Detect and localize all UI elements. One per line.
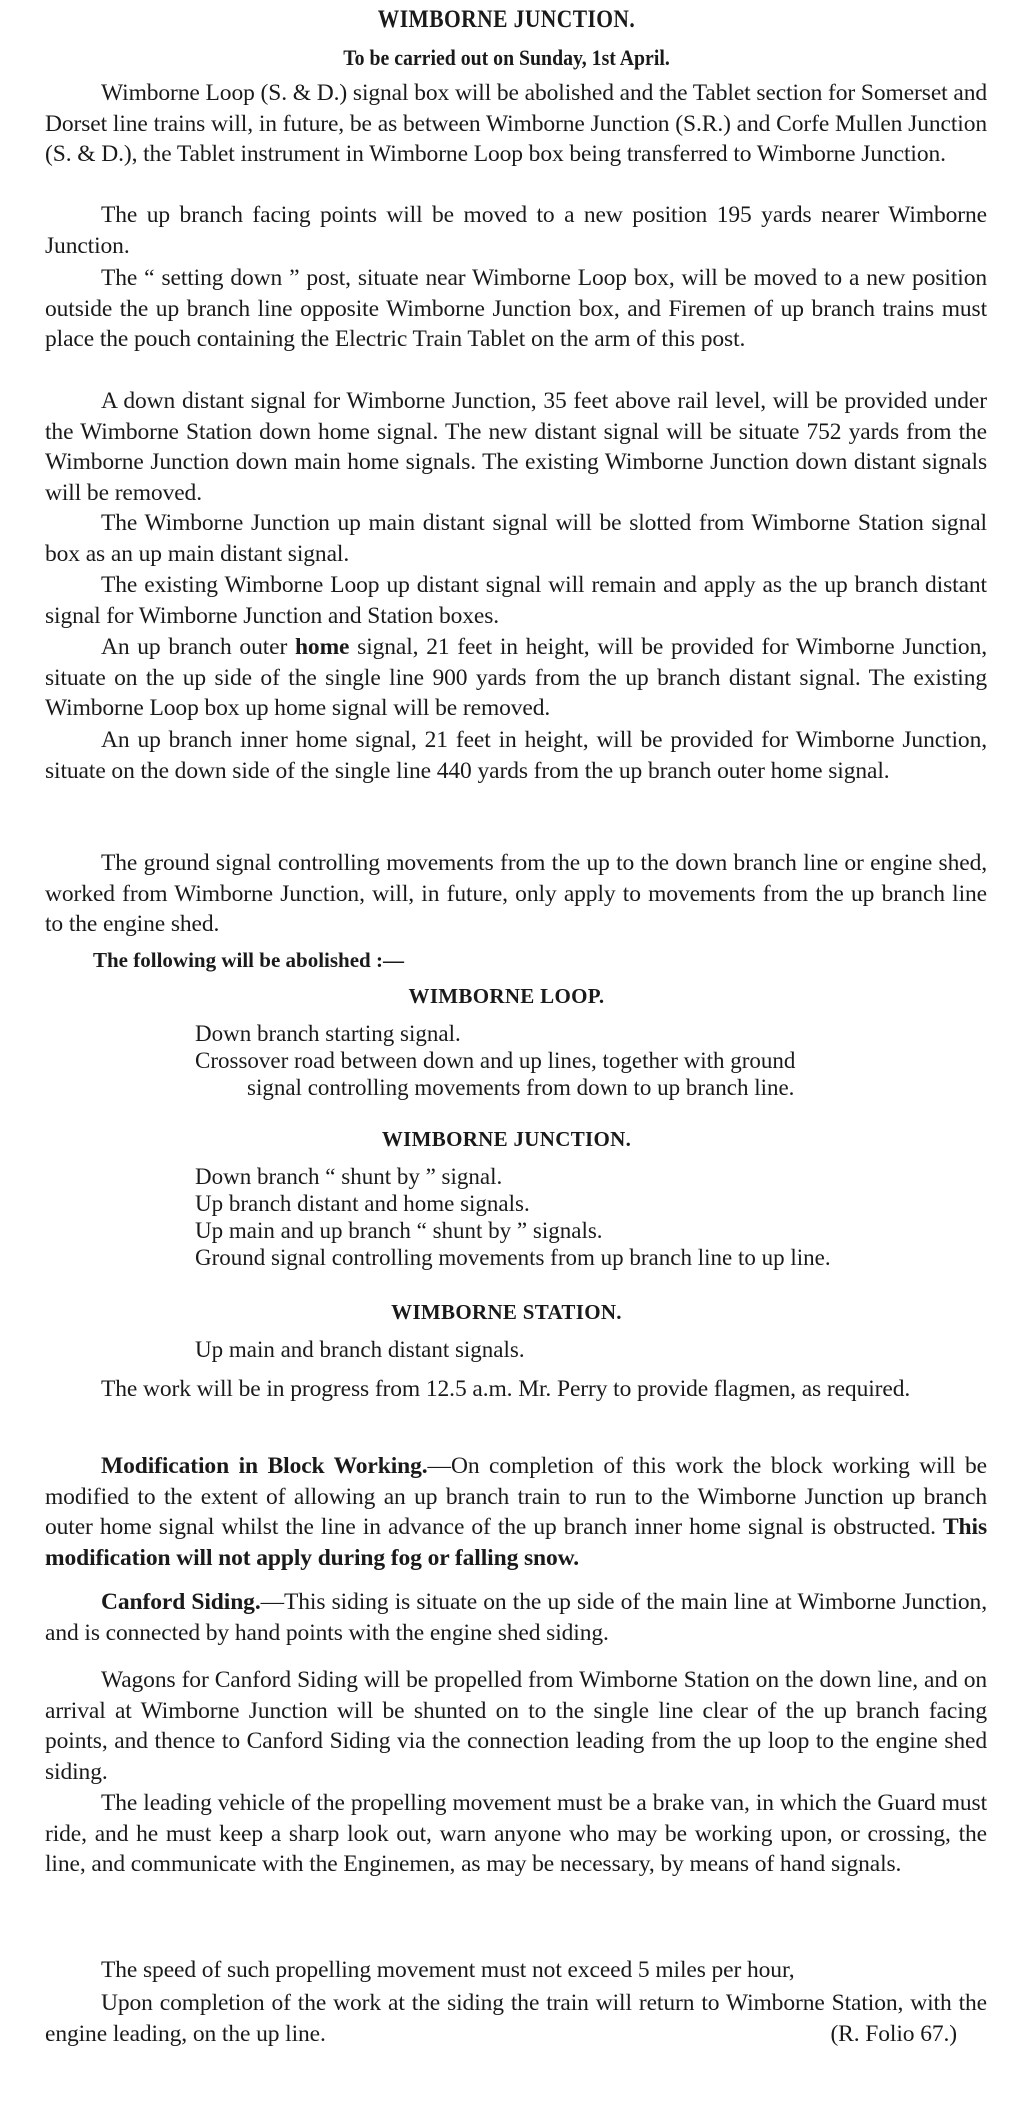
section-heading-wimborne-junction: WIMBORNE JUNCTION. [0, 1127, 1013, 1152]
paragraph-block-working: Modification in Block Working.—On comple… [45, 1451, 987, 1573]
paragraph-facing-points: The up branch facing points will be move… [45, 200, 987, 261]
list-item: Up branch distant and home signals. [195, 1190, 985, 1217]
emphasis-home: home [295, 634, 349, 660]
list-item: Ground signal controlling movements from… [195, 1244, 985, 1271]
paragraph-wagons: Wagons for Canford Siding will be propel… [45, 1665, 987, 1787]
paragraph-canford-siding: Canford Siding.—This siding is situate o… [45, 1587, 987, 1648]
list-item: Down branch starting signal. [195, 1020, 985, 1047]
section-lead-block-working: Modification in Block Working. [101, 1453, 428, 1479]
abolished-lead: The following will be abolished :— [93, 948, 404, 973]
list-item-continuation: signal controlling movements from down t… [195, 1074, 985, 1101]
paragraph-speed: The speed of such propelling movement mu… [45, 1955, 987, 1986]
list-wimborne-junction: Down branch “ shunt by ” signal. Up bran… [195, 1163, 985, 1271]
list-item: Up main and up branch “ shunt by ” signa… [195, 1217, 985, 1244]
paragraph-loop-abolished: Wimborne Loop (S. & D.) signal box will … [45, 78, 987, 170]
paragraph-setting-down-post: The “ setting down ” post, situate near … [45, 263, 987, 355]
paragraph-loop-up-distant: The existing Wimborne Loop up distant si… [45, 570, 987, 631]
section-heading-wimborne-loop: WIMBORNE LOOP. [0, 984, 1013, 1009]
paragraph-up-main-distant: The Wimborne Junction up main distant si… [45, 508, 987, 569]
paragraph-down-distant: A down distant signal for Wimborne Junct… [45, 386, 987, 508]
paragraph-ground-signal: The ground signal controlling movements … [45, 848, 987, 940]
list-item: Up main and branch distant signals. [195, 1336, 985, 1363]
folio-reference: (R. Folio 67.) [774, 2019, 957, 2050]
list-item: Down branch “ shunt by ” signal. [195, 1163, 985, 1190]
paragraph-leading-vehicle: The leading vehicle of the propelling mo… [45, 1788, 987, 1880]
list-wimborne-loop: Down branch starting signal. Crossover r… [195, 1020, 985, 1101]
paragraph-inner-home: An up branch inner home signal, 21 feet … [45, 725, 987, 786]
paragraph-outer-home: An up branch outer home signal, 21 feet … [45, 632, 987, 724]
paragraph-return: Upon completion of the work at the sidin… [45, 1988, 987, 2049]
page-subtitle: To be carried out on Sunday, 1st April. [51, 45, 963, 71]
paragraph-work-progress: The work will be in progress from 12.5 a… [45, 1374, 987, 1405]
list-wimborne-station: Up main and branch distant signals. [195, 1336, 985, 1363]
page-title: WIMBORNE JUNCTION. [71, 6, 942, 34]
list-item: Crossover road between down and up lines… [195, 1047, 985, 1074]
section-lead-canford-siding: Canford Siding. [101, 1589, 261, 1615]
section-heading-wimborne-station: WIMBORNE STATION. [0, 1300, 1013, 1325]
